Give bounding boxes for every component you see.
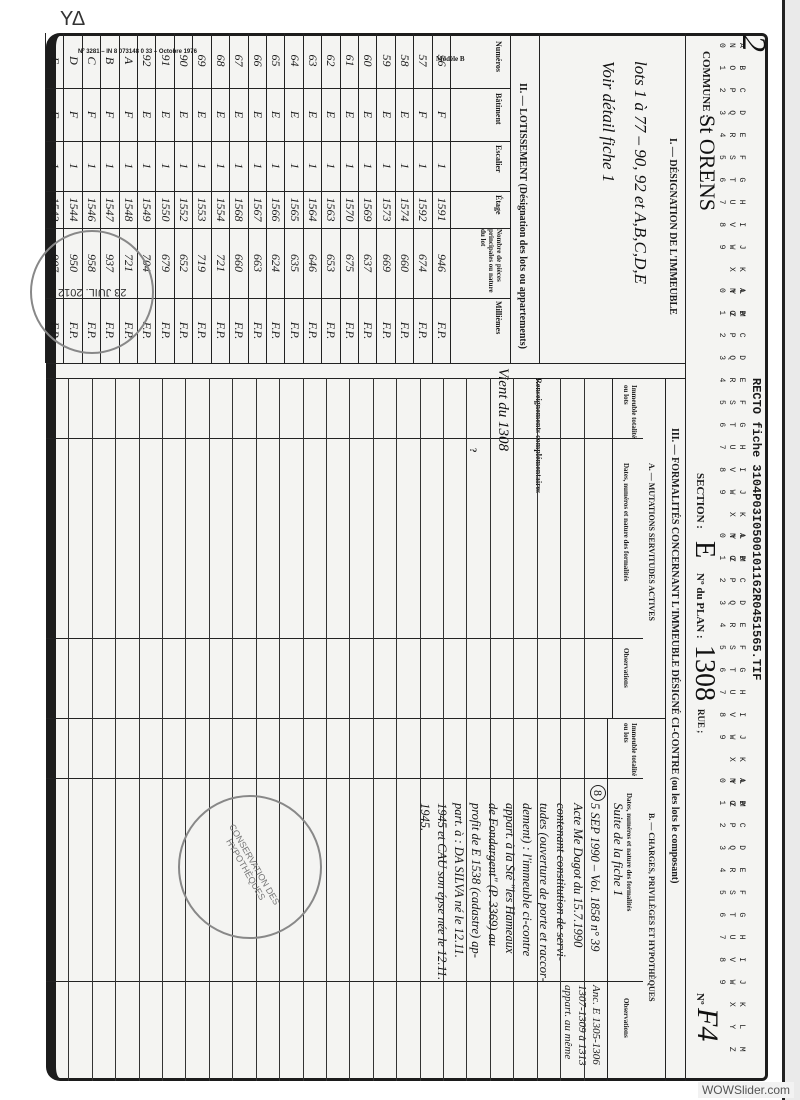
lot-cell-escalier: 1 [415, 141, 430, 191]
viewer-right-edge [782, 0, 800, 1100]
commune-label: COMMUNE : [700, 51, 712, 118]
lot-cell-pieces: 721 [213, 228, 228, 298]
lot-cell-batiment: F [84, 88, 99, 141]
lot-row: 91E11550679F.P. [155, 33, 174, 363]
watermark: WOWSlider.com [698, 1082, 794, 1098]
lot-cell-milliemes: F.P. [176, 298, 191, 363]
lot-cell-numero: 92 [139, 33, 154, 88]
lot-cell-pieces: 679 [158, 228, 173, 298]
lot-cell-etage: 1573 [379, 191, 394, 228]
lot-cell-batiment: F [47, 88, 62, 141]
lot-cell-escalier: 1 [379, 141, 394, 191]
corner-handwritten-mark: ΥΔ [60, 8, 85, 31]
lot-cell-milliemes: F.P. [231, 298, 246, 363]
lot-row: 90E11552652F.P. [174, 33, 193, 363]
lot-cell-etage: 1546 [84, 191, 99, 228]
lot-cell-milliemes: F.P. [268, 298, 283, 363]
lot-cell-escalier: 1 [323, 141, 338, 191]
lot-cell-numero: 63 [305, 33, 320, 88]
lot-cell-escalier: 1 [305, 141, 320, 191]
lot-cell-pieces: 946 [434, 228, 449, 298]
lot-cell-etage: 1564 [305, 191, 320, 228]
part-b-title: B. — CHARGES, PRIVILÈGES ET HYPOTHÈQUES [647, 813, 656, 1002]
ruled-lines [46, 378, 608, 1081]
lot-cell-milliemes: F.P. [250, 298, 265, 363]
section3-title: III. — FORMALITÉS CONCERNANT L'IMMEUBLE … [669, 428, 680, 883]
lot-cell-etage: 1552 [176, 191, 191, 228]
lot-cell-batiment: E [268, 88, 283, 141]
part-a-col-dates: Dates, numéros et nature des formalités [622, 463, 630, 581]
lot-cell-escalier: 1 [139, 141, 154, 191]
lot-cell-numero: C [84, 33, 99, 88]
section-value: E [688, 541, 720, 558]
lot-cell-numero: 91 [158, 33, 173, 88]
lot-cell-batiment: E [342, 88, 357, 141]
lot-cell-escalier: 1 [397, 141, 412, 191]
lot-cell-pieces: 646 [305, 228, 320, 298]
lot-row: 60E11569637F.P. [358, 33, 377, 363]
lot-cell-escalier: 1 [268, 141, 283, 191]
lot-cell-etage: 1550 [158, 191, 173, 228]
lot-cell-batiment: E [139, 88, 154, 141]
lot-row: 58E11574660F.P. [395, 33, 414, 363]
header-escalier: Escalier [494, 145, 503, 173]
lot-cell-batiment: E [231, 88, 246, 141]
lot-cell-milliemes: F.P. [158, 298, 173, 363]
lot-cell-numero: E [47, 33, 62, 88]
part-b-header-note: Suite de la fiche 1 [610, 803, 626, 896]
conservation-stamp: CONSERVATION DES HYPOTHÈQUES [178, 795, 322, 939]
lot-cell-batiment: E [379, 88, 394, 141]
alphabet-grid-2: A B C D E F G H I J K L MN O P Q R S T U… [716, 288, 746, 568]
number-label: Nº [694, 993, 706, 1005]
lot-cell-batiment: E [323, 88, 338, 141]
lot-cell-pieces: 669 [379, 228, 394, 298]
lot-cell-pieces: 652 [176, 228, 191, 298]
lot-cell-numero: 57 [415, 33, 430, 88]
fiche-number: F4 [690, 1008, 724, 1041]
lot-cell-milliemes: F.P. [415, 298, 430, 363]
lot-cell-batiment: E [250, 88, 265, 141]
lot-cell-escalier: 1 [102, 141, 117, 191]
plan-value: 1308 [688, 645, 720, 701]
lot-cell-pieces: 660 [397, 228, 412, 298]
lot-cell-batiment: E [158, 88, 173, 141]
lot-cell-etage: 1547 [102, 191, 117, 228]
lot-row: 68E11554721F.P. [211, 33, 230, 363]
lot-cell-milliemes: F.P. [342, 298, 357, 363]
plan-label: Nº du PLAN : [694, 573, 706, 639]
lot-cell-numero: 65 [268, 33, 283, 88]
lot-cell-batiment: E [176, 88, 191, 141]
rotated-form: RECTO fiche 3104P03I0500101162R0451565.T… [46, 33, 768, 1081]
header-pieces: Nombre de pièces principales ou nature d… [479, 229, 503, 299]
lot-cell-pieces: 635 [287, 228, 302, 298]
lot-cell-numero: 58 [397, 33, 412, 88]
lot-cell-escalier: 1 [342, 141, 357, 191]
lot-cell-etage: 1563 [323, 191, 338, 228]
lot-cell-etage: 1549 [139, 191, 154, 228]
lot-cell-etage: 1565 [287, 191, 302, 228]
lot-row: 63E11564646F.P. [303, 33, 322, 363]
part-a-col-observations: Observations [622, 648, 630, 688]
lot-cell-etage: 1591 [434, 191, 449, 228]
fiche-file-name: RECTO fiche 3104P03I0500101162R0451565.T… [749, 378, 763, 680]
lot-cell-etage: 1570 [342, 191, 357, 228]
lot-row: 67E11568660F.P. [229, 33, 248, 363]
lot-cell-numero: 69 [194, 33, 209, 88]
section2-title: II. — LOTISSEMENT (Désignation des lots … [517, 83, 528, 349]
lot-cell-numero: A [121, 33, 136, 88]
lot-cell-milliemes: F.P. [305, 298, 320, 363]
lot-cell-etage: 1553 [194, 191, 209, 228]
section1-title: I. — DÉSIGNATION DE L'IMMEUBLE [667, 138, 678, 315]
lot-cell-numero: 60 [360, 33, 375, 88]
lot-cell-escalier: 1 [250, 141, 265, 191]
header-numeros: Numéros [494, 41, 503, 72]
lot-row: 69E11553719F.P. [192, 33, 211, 363]
lot-cell-batiment: E [397, 88, 412, 141]
lot-row: 64E11565635F.P. [284, 33, 303, 363]
lot-cell-batiment: F [434, 88, 449, 141]
lot-cell-batiment: E [213, 88, 228, 141]
header-milliemes: Millièmes [494, 301, 503, 334]
lot-cell-numero: 59 [379, 33, 394, 88]
lot-cell-escalier: 1 [360, 141, 375, 191]
lot-cell-etage: 1544 [66, 191, 81, 228]
lot-cell-milliemes: F.P. [379, 298, 394, 363]
part-a-title: A. — MUTATIONS SERVITUDES ACTIVES [647, 463, 656, 621]
part-b-col-dates: Dates, numéros et nature des formalités [625, 793, 633, 911]
lot-cell-numero: 64 [287, 33, 302, 88]
lot-cell-numero: 90 [176, 33, 191, 88]
lot-row: 57F11592674F.P. [413, 33, 432, 363]
tribunal-stamp: 23 JUIL. 2012 [30, 230, 154, 354]
lot-cell-numero: B [102, 33, 117, 88]
lot-cell-batiment: F [66, 88, 81, 141]
section-label: SECTION : [694, 473, 706, 529]
lot-cell-batiment: E [305, 88, 320, 141]
part-a-col-immeuble: Immeuble totalité ou lots [622, 385, 638, 445]
lot-cell-batiment: F [102, 88, 117, 141]
lot-cell-numero: 68 [213, 33, 228, 88]
lot-cell-etage: 1568 [231, 191, 246, 228]
rue-label: RUE ; [696, 709, 706, 733]
lot-cell-escalier: 1 [231, 141, 246, 191]
lot-cell-numero: 67 [231, 33, 246, 88]
lot-cell-escalier: 1 [84, 141, 99, 191]
lot-cell-batiment: F [121, 88, 136, 141]
lot-cell-escalier: 1 [434, 141, 449, 191]
lot-cell-batiment: E [360, 88, 375, 141]
lot-cell-etage: 1569 [360, 191, 375, 228]
alphabet-grid-1: A B C D E F G H I J K L MN O P Q R S T U… [716, 43, 746, 323]
lot-cell-etage: 1592 [415, 191, 430, 228]
lot-cell-etage: 1548 [121, 191, 136, 228]
lot-cell-batiment: F [415, 88, 430, 141]
lot-row: 66E11567663F.P. [248, 33, 267, 363]
lot-cell-etage: 1566 [268, 191, 283, 228]
lot-row: 62E11563653F.P. [321, 33, 340, 363]
lot-cell-escalier: 1 [66, 141, 81, 191]
lot-cell-pieces: 674 [415, 228, 430, 298]
lot-cell-etage: 1574 [397, 191, 412, 228]
lot-cell-milliemes: F.P. [397, 298, 412, 363]
lot-cell-pieces: 663 [250, 228, 265, 298]
lot-cell-milliemes: F.P. [434, 298, 449, 363]
lot-cell-milliemes: F.P. [213, 298, 228, 363]
lot-cell-etage: 1543 [47, 191, 62, 228]
print-reference-top: Nº 3281 – IN 8 073148 0 33 – Octobre 197… [78, 49, 197, 55]
lot-cell-escalier: 1 [194, 141, 209, 191]
header-etage: Étage [494, 195, 503, 215]
lot-cell-batiment: E [194, 88, 209, 141]
lot-row: 61E11570675F.P. [340, 33, 359, 363]
lot-cell-batiment: E [287, 88, 302, 141]
lot-cell-pieces: 653 [323, 228, 338, 298]
part-b-col-immeuble: Immeuble totalité ou lots [622, 723, 638, 778]
folio-mark: 2 [734, 35, 772, 52]
lot-cell-pieces: 637 [360, 228, 375, 298]
lot-cell-escalier: 1 [158, 141, 173, 191]
lot-cell-numero: 62 [323, 33, 338, 88]
lot-cell-milliemes: F.P. [194, 298, 209, 363]
lot-cell-milliemes: F.P. [323, 298, 338, 363]
alphabet-grid-3: A B C D E F G H I J K L MN O P Q R S T U… [716, 533, 746, 813]
model-label: Modèle B [436, 55, 465, 63]
lot-cell-escalier: 1 [176, 141, 191, 191]
lot-cell-pieces: 624 [268, 228, 283, 298]
lot-row: 56F11591946F.P. [432, 33, 451, 363]
commune-value: St ORENS [694, 115, 720, 211]
lot-cell-milliemes: F.P. [287, 298, 302, 363]
lot-cell-numero: 61 [342, 33, 357, 88]
header-batiment: Bâtiment [494, 93, 503, 125]
lot-cell-milliemes: F.P. [360, 298, 375, 363]
part-b-col-observations: Observations [622, 998, 630, 1038]
lot-cell-escalier: 1 [47, 141, 62, 191]
lot-cell-pieces: 660 [231, 228, 246, 298]
lot-cell-pieces: 675 [342, 228, 357, 298]
lot-cell-numero: D [66, 33, 81, 88]
lot-row: 59E11573669F.P. [376, 33, 395, 363]
lot-row: 65E11566624F.P. [266, 33, 285, 363]
lot-cell-numero: 66 [250, 33, 265, 88]
lot-cell-escalier: 1 [121, 141, 136, 191]
lot-cell-escalier: 1 [287, 141, 302, 191]
lot-cell-escalier: 1 [213, 141, 228, 191]
lot-cell-etage: 1554 [213, 191, 228, 228]
lot-cell-etage: 1567 [250, 191, 265, 228]
lot-cell-pieces: 719 [194, 228, 209, 298]
